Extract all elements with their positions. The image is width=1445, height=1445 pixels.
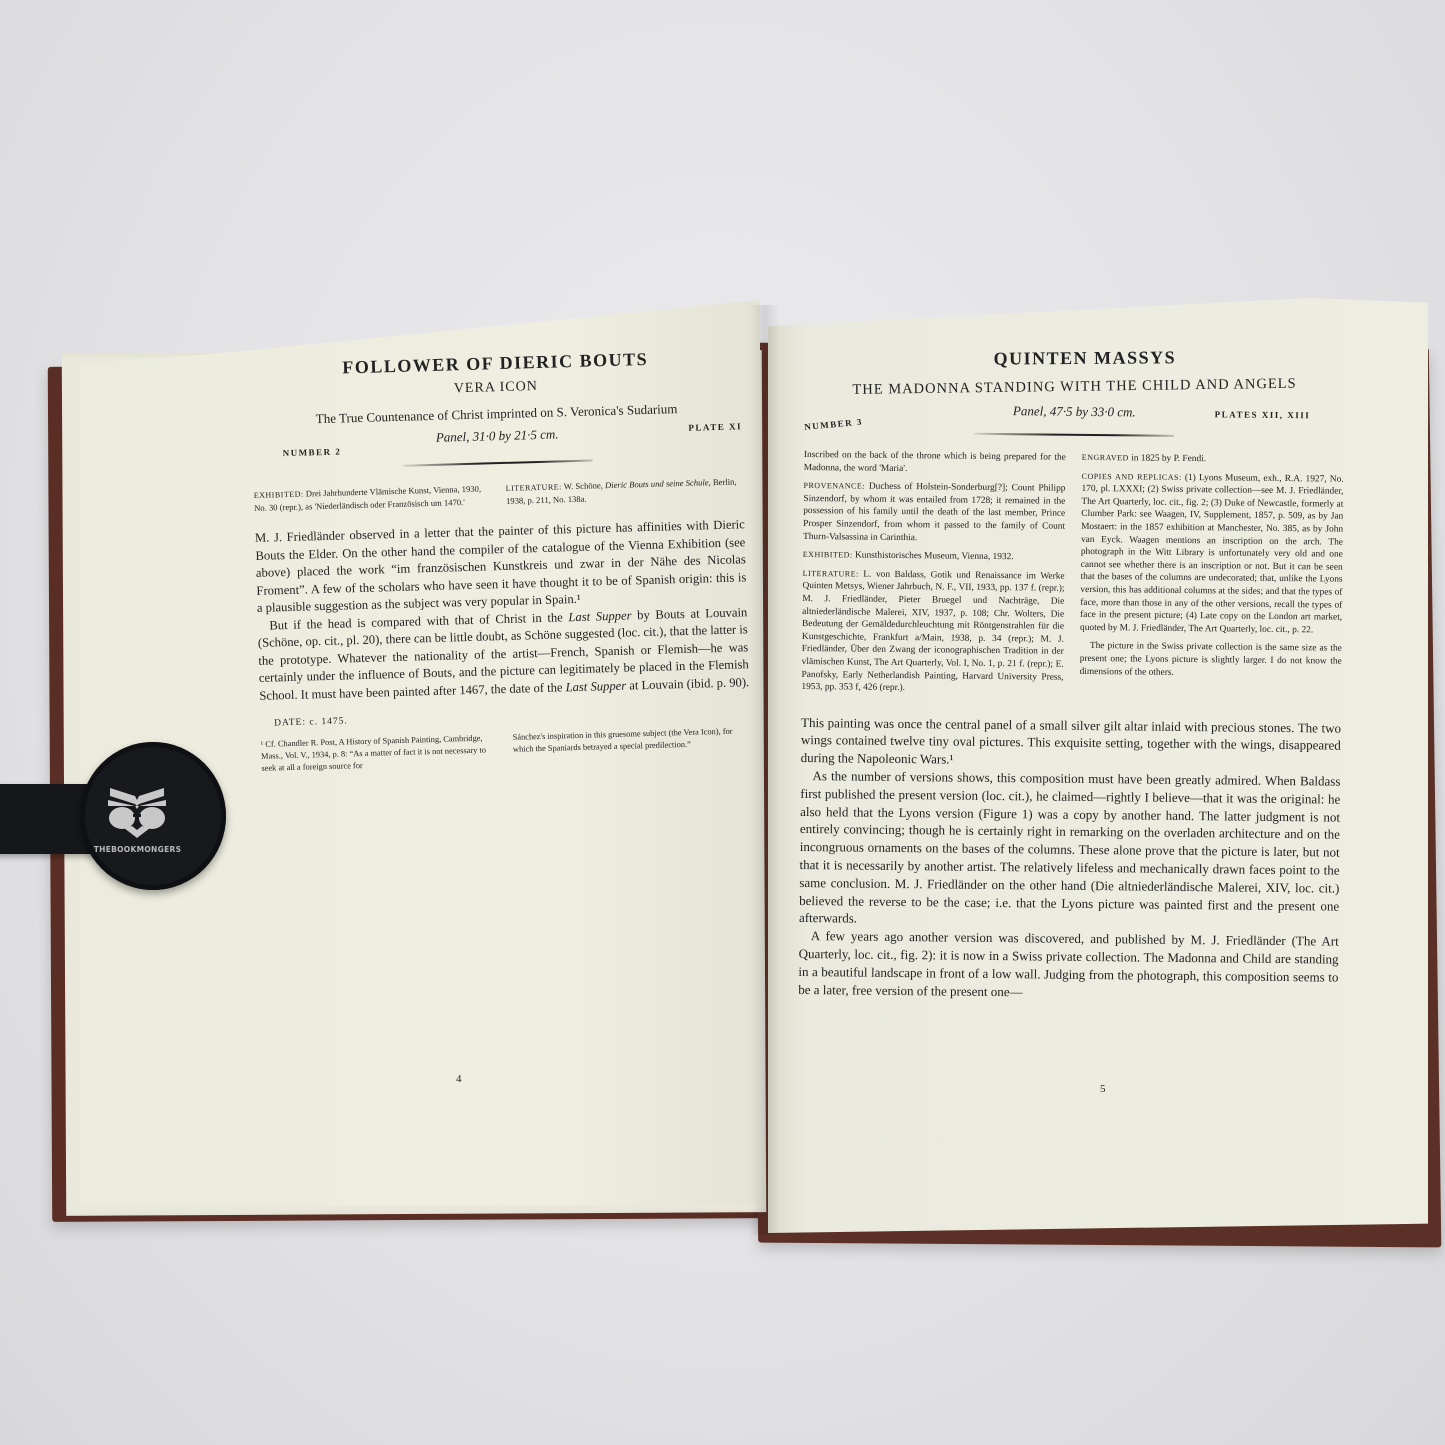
paragraph-1: This painting was once the central panel…: [801, 714, 1342, 773]
paragraph-3: A few years ago another version was disc…: [798, 927, 1339, 1004]
catalogue-number: NUMBER 2: [282, 446, 341, 458]
references-left-column: Inscribed on the back of the throne whic…: [801, 449, 1066, 702]
literature-title: Dieric Bouts und seine Schule: [605, 477, 709, 490]
literature-text: W. Schöne,: [564, 480, 605, 491]
footnote-left: ¹ Cf. Chandler R. Post, A History of Spa…: [261, 732, 500, 775]
right-page-title: QUINTEN MASSYS: [825, 346, 1345, 371]
inscription-note: Inscribed on the back of the throne whic…: [804, 449, 1066, 477]
right-page-meta: Panel, 47·5 by 33·0 cm. PLATES XII, XIII…: [804, 397, 1344, 437]
engraved-text: in 1825 by P. Fendi.: [1131, 453, 1206, 464]
left-page-references: EXHIBITED: Drei Jahrhunderte Vlämische K…: [254, 475, 745, 514]
left-page: FOLLOWER OF DIERIC BOUTS VERA ICON The T…: [250, 346, 751, 775]
owl-book-logo-icon: [102, 782, 172, 842]
magnetic-bookmark: THEBOOKMONGERS: [0, 742, 235, 892]
exhibited-label: EXHIBITED:: [254, 490, 304, 500]
exhibited-text: Kunsthistorisches Museum, Vienna, 1932.: [855, 551, 1014, 563]
left-page-meta: Panel, 31·0 by 21·5 cm. PLATE XI NUMBER …: [252, 421, 743, 469]
right-page-body: This painting was once the central panel…: [798, 714, 1341, 1004]
right-page-number: 5: [1100, 1083, 1106, 1095]
swiss-note: The picture in the Swiss private collect…: [1080, 640, 1342, 681]
right-page-references: Inscribed on the back of the throne whic…: [801, 449, 1344, 705]
literature-block: LITERATURE: L. von Baldass, Gotik und Re…: [801, 568, 1064, 697]
p2-text-c: at Louvain (ibid. p. 90).: [626, 675, 749, 692]
plates-label: PLATES XII, XIII: [1215, 409, 1311, 420]
paragraph-2: But if the head is compared with that of…: [257, 604, 749, 705]
provenance-label: PROVENANCE:: [803, 481, 865, 491]
footnote-right: Sánchez's inspiration in this gruesome s…: [512, 725, 751, 768]
p2-italic-2: Last Supper: [565, 678, 626, 694]
date-line: DATE: c. 1475.: [274, 705, 750, 728]
copies-label: COPIES AND REPLICAS:: [1082, 471, 1182, 481]
right-page-subtitle: THE MADONNA STANDING WITH THE CHILD AND …: [804, 375, 1344, 400]
paragraph-1: M. J. Friedländer observed in a letter t…: [255, 516, 747, 617]
photo-scene: FOLLOWER OF DIERIC BOUTS VERA ICON The T…: [0, 0, 1445, 1445]
book-gutter: [750, 305, 780, 1235]
provenance-block: PROVENANCE: Duchess of Holstein-Sonderbu…: [803, 480, 1066, 546]
exhibited-label: EXHIBITED:: [803, 550, 853, 560]
copies-text: (1) Lyons Museum, exh., R.A. 1927, No. 1…: [1080, 473, 1344, 635]
paragraph-2: As the number of versions shows, this co…: [799, 767, 1341, 933]
copies-block: COPIES AND REPLICAS: (1) Lyons Museum, e…: [1080, 470, 1344, 636]
exhibited-block: EXHIBITED: Kunsthistorisches Museum, Vie…: [803, 549, 1065, 564]
engraved-label: ENGRAVED: [1082, 453, 1129, 462]
references-right-column: ENGRAVED in 1825 by P. Fendi. COPIES AND…: [1079, 452, 1344, 705]
catalogue-number: NUMBER 3: [804, 417, 863, 432]
literature-block: LITERATURE: W. Schöne, Dieric Bouts und …: [506, 475, 745, 507]
left-page-number: 4: [456, 1073, 462, 1085]
bookmark-brand: THEBOOKMONGERS: [90, 845, 185, 854]
literature-text: L. von Baldass, Gotik und Renaissance im…: [801, 569, 1064, 693]
right-page: QUINTEN MASSYS THE MADONNA STANDING WITH…: [798, 345, 1345, 1004]
provenance-text: Duchess of Holstein-Sonderburg[?]; Count…: [803, 482, 1066, 543]
left-page-body: M. J. Friedländer observed in a letter t…: [255, 516, 750, 705]
literature-label: LITERATURE:: [506, 482, 562, 493]
plate-label: PLATE XI: [688, 421, 742, 432]
literature-label: LITERATURE:: [803, 569, 859, 579]
p2-italic-1: Last Supper: [568, 608, 631, 624]
exhibited-block: EXHIBITED: Drei Jahrhunderte Vlämische K…: [254, 482, 493, 514]
engraved-block: ENGRAVED in 1825 by P. Fendi.: [1082, 452, 1344, 467]
